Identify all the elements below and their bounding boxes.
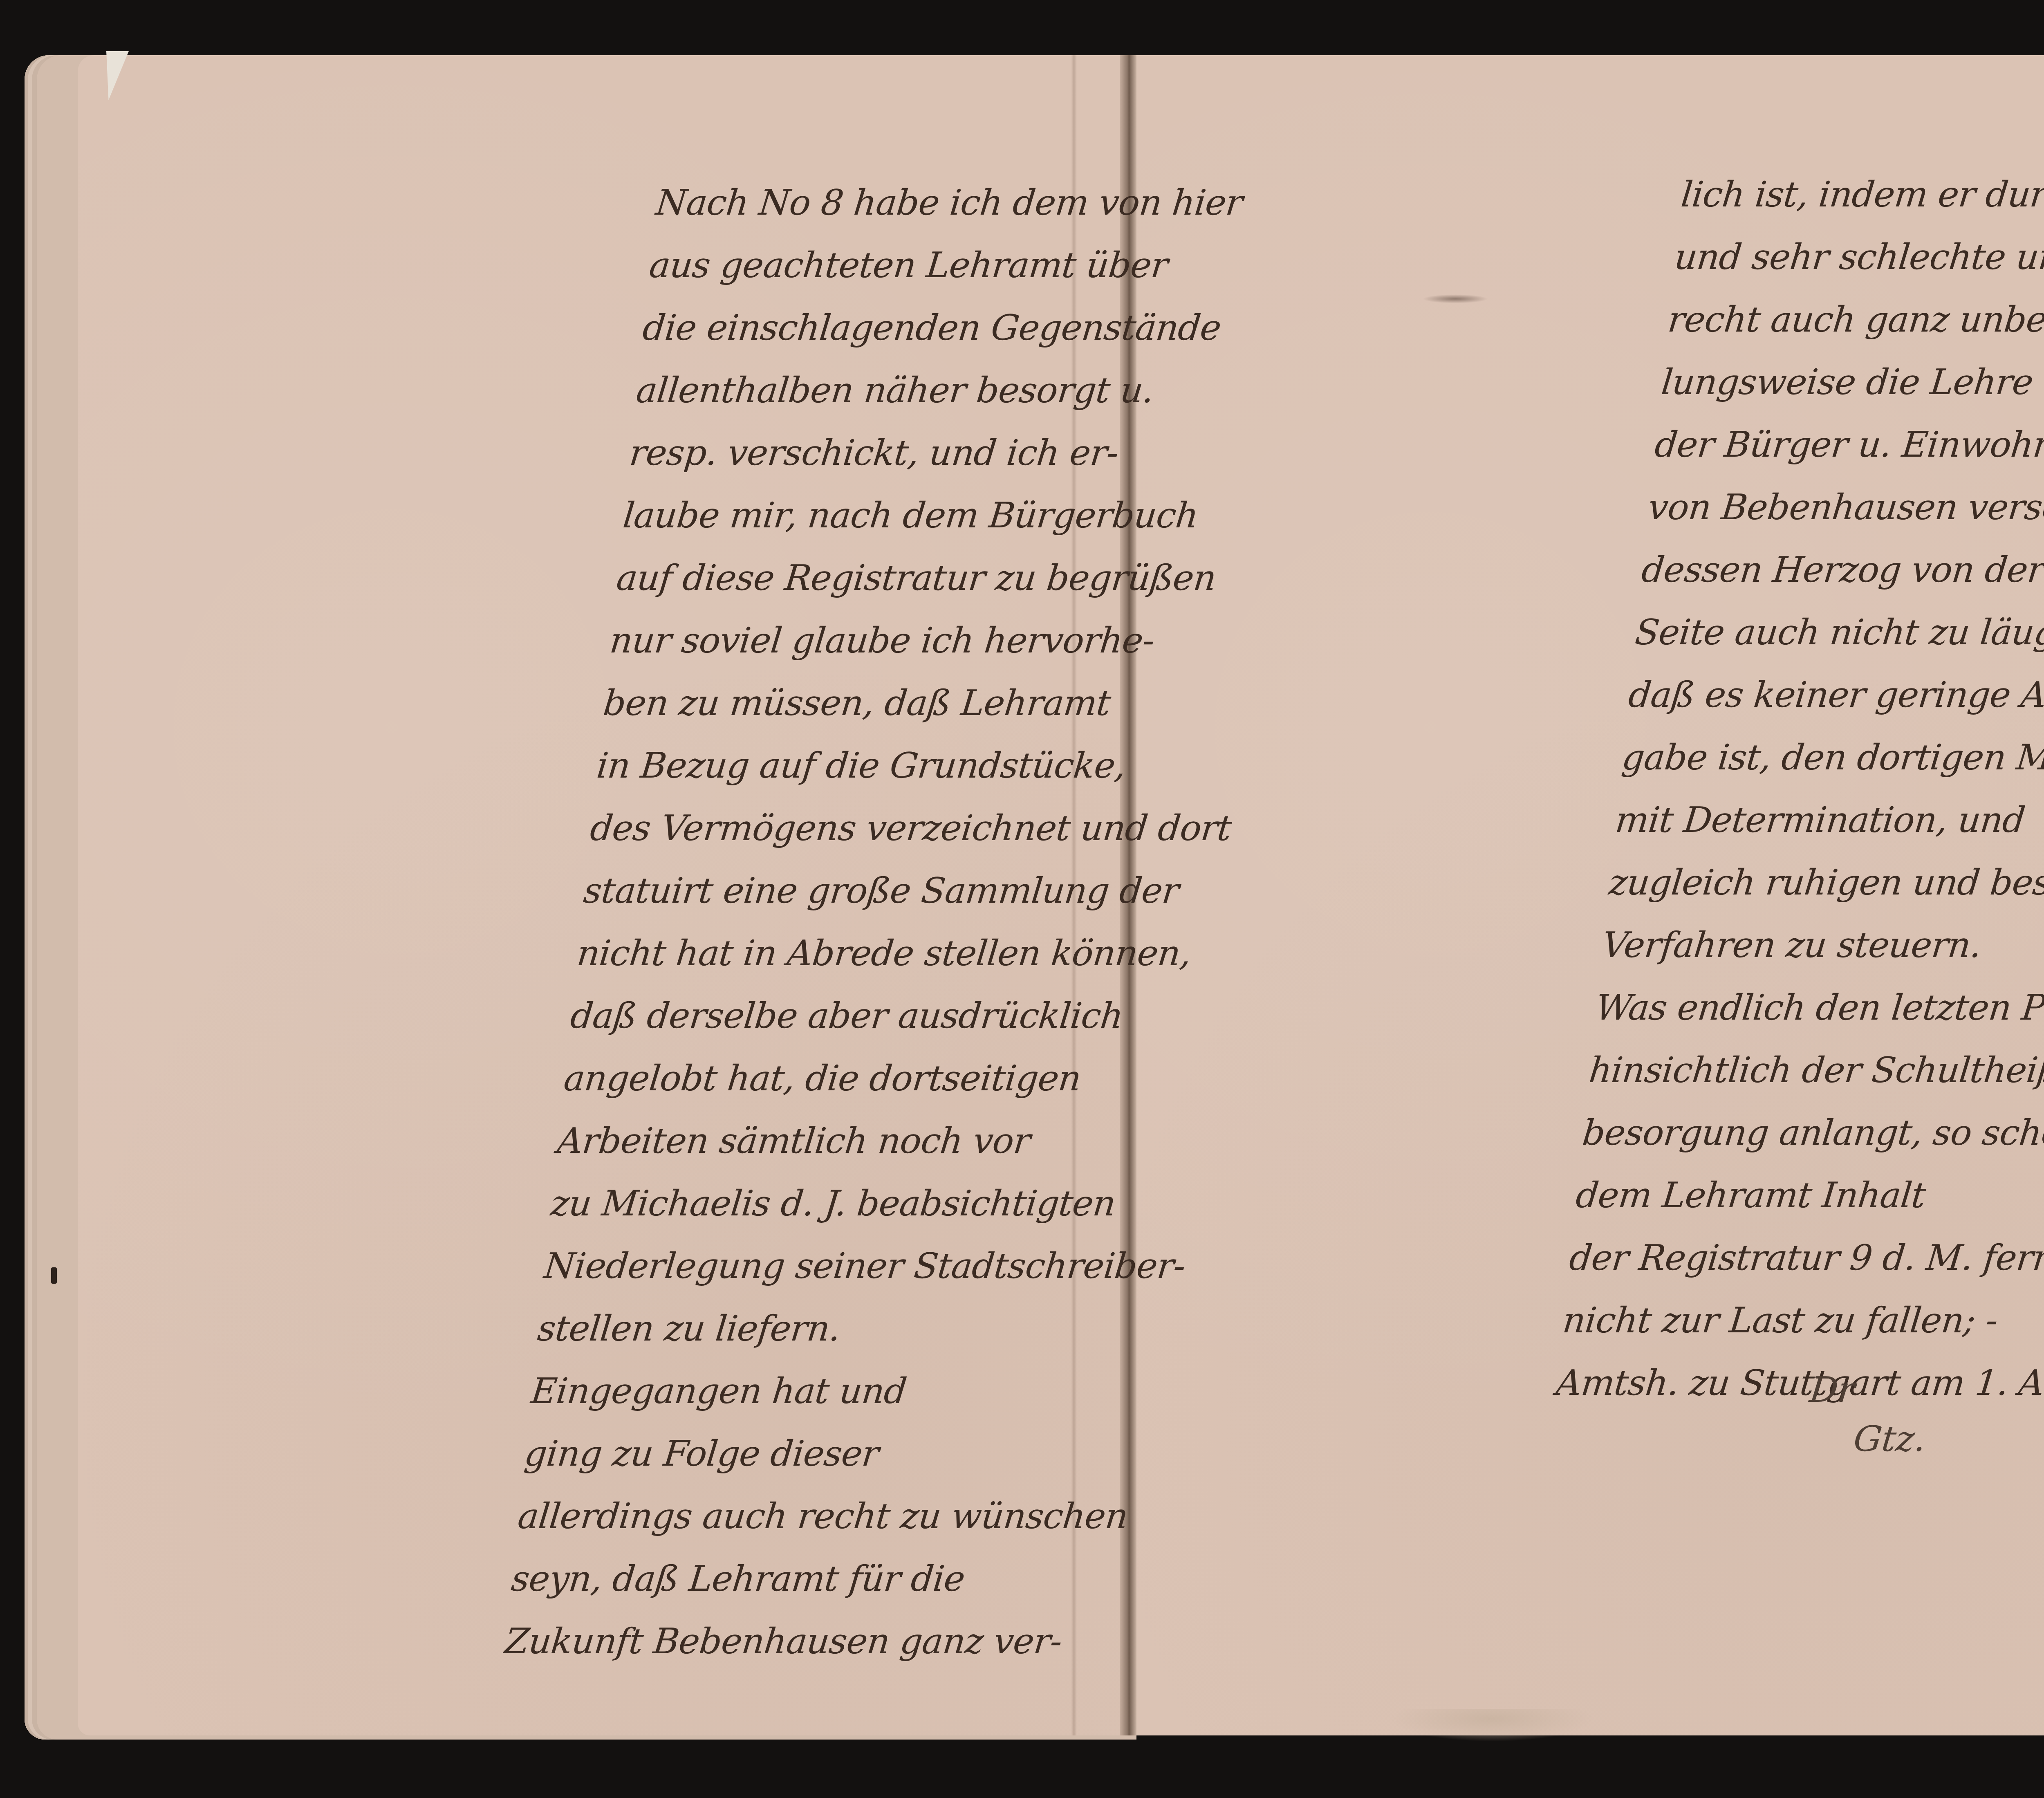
text-line: Niederlegung seiner Stadtschreiber- (541, 1235, 1079, 1298)
text-line: des Vermögens verzeichnet und dort (587, 797, 1125, 860)
text-line: nur soviel glaube ich hervorhe- (607, 610, 1145, 672)
text-line: Was endlich den letzten Punkt, (1593, 977, 2044, 1039)
text-line: Eingegangen hat und (528, 1360, 1066, 1423)
text-line: stellen zu liefern. (534, 1298, 1072, 1360)
text-line: ben zu müssen, daß Lehramt (600, 672, 1138, 735)
text-line: seyn, daß Lehramt für die (508, 1548, 1046, 1610)
bottom-edge-stain (1390, 1709, 1594, 1742)
text-line: und sehr schlechte und zum Theil (1672, 226, 2044, 289)
text-line: mit Determination, und (1612, 789, 2044, 852)
text-line: auf diese Registratur zu begrüßen (613, 547, 1151, 610)
text-line: laube mir, nach dem Bürgerbuch (620, 484, 1158, 547)
text-line: dessen Herzog von der andern Seite (1638, 539, 2044, 601)
text-line: allerdings auch recht zu wünschen (515, 1485, 1053, 1548)
text-line: hinsichtlich der Schultheißen- (1586, 1039, 2044, 1102)
text-line: gabe ist, den dortigen Mißbräuche (1619, 726, 2044, 789)
text-line: Amtsh. zu Stuttgart am 1. Aug. 1831. (1553, 1352, 2044, 1415)
text-line: recht auch ganz unbestimmte Hand- (1665, 289, 2044, 351)
text-line: nicht zur Last zu fallen; - (1560, 1289, 2044, 1352)
text-line: der Bürger u. Einwohner (1652, 414, 2044, 476)
text-line: lich ist, indem er durch seine al- (1678, 164, 2044, 226)
text-line: Seite auch nicht zu läugnen ist, (1632, 601, 2044, 664)
ink-smudge (1423, 294, 1488, 303)
signature: Dr Gtz. (1802, 1370, 1933, 1468)
text-line: statuirt eine große Sammlung der (580, 860, 1118, 922)
signature-line: Gtz. (1802, 1419, 1928, 1468)
text-line: die einschlagenden Gegenstände (640, 297, 1178, 359)
text-line: der Registratur 9 d. M. ferner (1566, 1227, 2044, 1289)
margin-ink-mark (51, 1267, 57, 1284)
text-line: nicht hat in Abrede stellen können, (574, 922, 1112, 985)
text-line: resp. verschickt, und ich er- (627, 422, 1165, 484)
text-line: Arbeiten sämtlich noch vor (554, 1110, 1092, 1173)
text-line: von Bebenhausen verscherzt hat, (1645, 476, 2044, 539)
text-line: daß derselbe aber ausdrücklich (567, 985, 1105, 1047)
text-line: lungsweise die Lehre u. Achtung (1658, 351, 2044, 414)
text-line: daß es keiner geringe Auf- (1625, 664, 2044, 726)
text-line: allenthalben näher besorgt u. (633, 359, 1171, 422)
text-line: angelobt hat, die dortseitigen (561, 1047, 1099, 1110)
text-line: aus geachteten Lehramt über (646, 234, 1184, 297)
text-line: zu Michaelis d. J. beabsichtigten (548, 1173, 1086, 1235)
text-line: zugleich ruhigen und besonnenen (1606, 852, 2044, 914)
text-line: dem Lehramt Inhalt (1573, 1164, 2044, 1227)
text-line: Nach No 8 habe ich dem von hier (653, 172, 1191, 234)
text-line: ging zu Folge dieser (521, 1423, 1059, 1485)
text-line: Zukunft Bebenhausen ganz ver- (502, 1610, 1040, 1673)
text-line: Verfahren zu steuern. (1599, 914, 2044, 977)
signature-line: Dr (1807, 1370, 1933, 1419)
text-line: besorgung anlangt, so scheint (1580, 1102, 2044, 1164)
text-line: in Bezug auf die Grundstücke, (594, 735, 1132, 797)
